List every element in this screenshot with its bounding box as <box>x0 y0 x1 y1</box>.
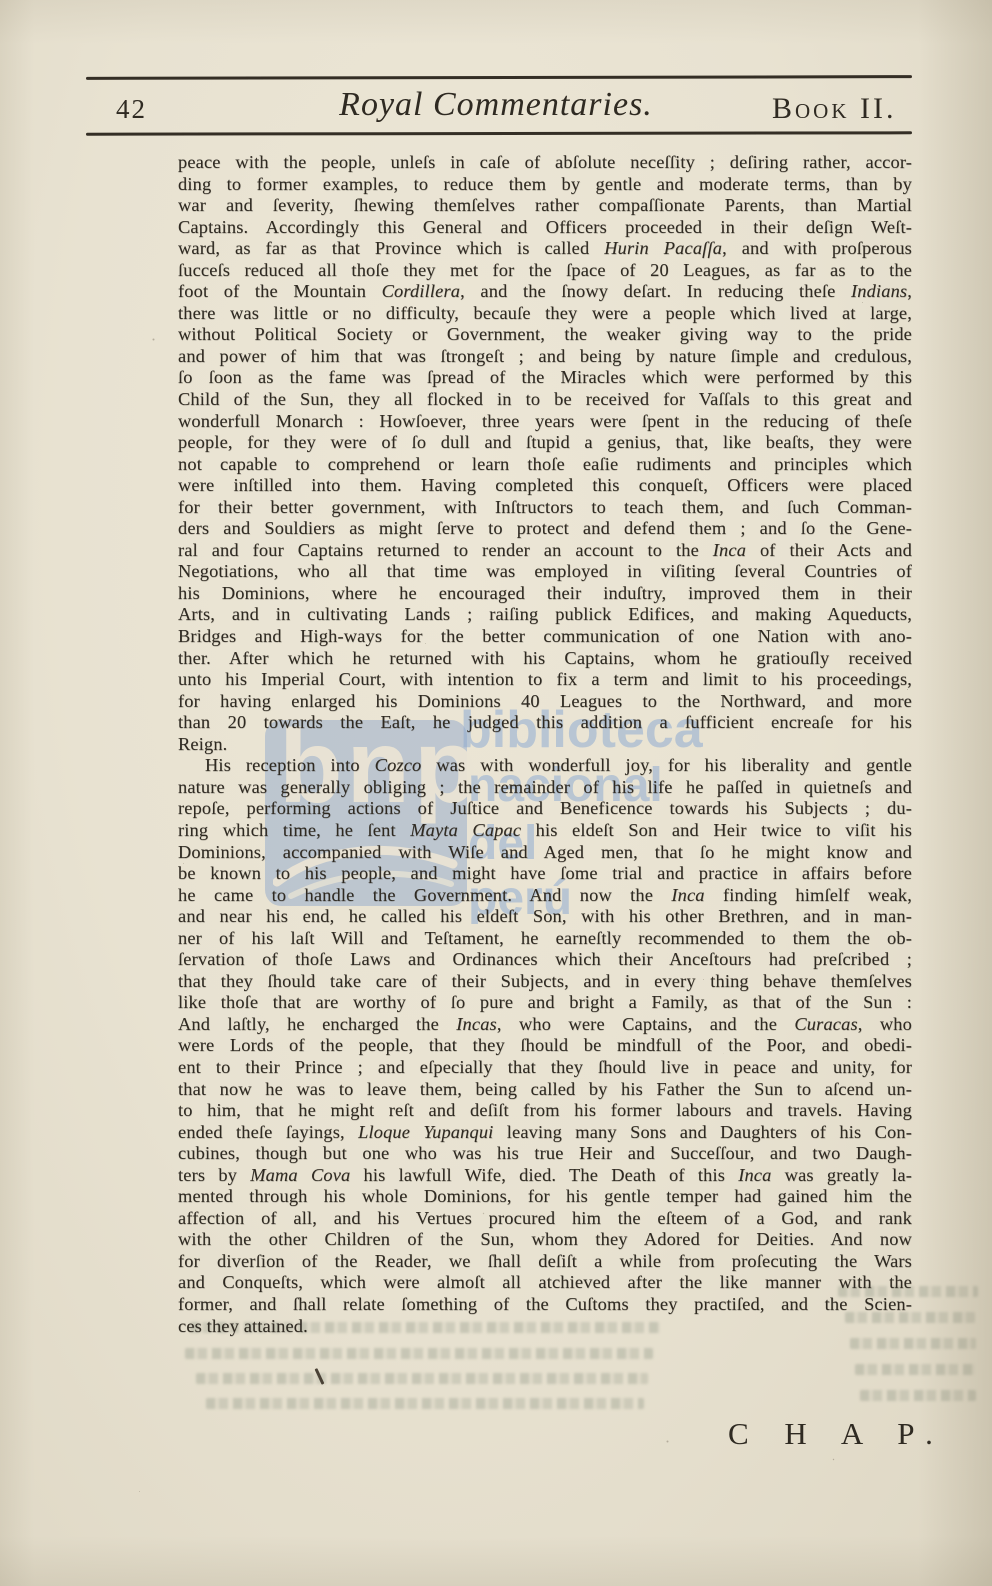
text-line: ward, as far as that Province which is c… <box>178 238 912 260</box>
text-line: wonderfull Monarch : Howſoever, three ye… <box>178 411 912 433</box>
text-line: ters by Mama Cova his lawfull Wife, died… <box>178 1165 912 1187</box>
text-line: former, and ſhall relate ſomething of th… <box>178 1294 912 1316</box>
text-line: there was little or no difficulty, becau… <box>178 303 912 325</box>
text-line: that they ſhould take care of their Subj… <box>178 971 912 993</box>
showthrough-line <box>850 1338 976 1349</box>
text-line: And laſtly, he encharged the Incas, who … <box>178 1014 912 1036</box>
showthrough-line <box>196 1373 648 1384</box>
text-line: affection of all, and his Vertues procur… <box>178 1208 912 1230</box>
text-line: ding to former examples, to reduce them … <box>178 174 912 196</box>
text-line: Dominions, accompanied with Wiſe and Age… <box>178 842 912 864</box>
showthrough-line <box>860 1390 976 1401</box>
text-line: ral and four Captains returned to render… <box>178 540 912 562</box>
showthrough-line <box>855 1364 975 1375</box>
text-line: ther. After which he returned with his C… <box>178 648 912 670</box>
text-line: than 20 towards the Eaſt, he judged this… <box>178 712 912 734</box>
text-line: ſo ſoon as the fame was ſpread of the Mi… <box>178 367 912 389</box>
text-line: without Political Society or Government,… <box>178 324 912 346</box>
text-line: not capable to comprehend or learn thoſe… <box>178 454 912 476</box>
text-line: nature was generally obliging ; the rema… <box>178 777 912 799</box>
text-line: for having enlarged his Dominions 40 Lea… <box>178 691 912 713</box>
text-line: were inſtilled into them. Having complet… <box>178 475 912 497</box>
text-line: ring which time, he ſent Mayta Capac his… <box>178 820 912 842</box>
text-line: foot of the Mountain Cordillera, and the… <box>178 281 912 303</box>
text-line: repoſe, performing actions of Juſtice an… <box>178 798 912 820</box>
text-line: unto his Imperial Court, with intention … <box>178 669 912 691</box>
text-line: ces they attained. <box>178 1316 912 1338</box>
text-line: Reign. <box>178 734 912 756</box>
text-line: and near his end, he called his eldeſt S… <box>178 906 912 928</box>
text-line: for their better government, with Inſtru… <box>178 497 912 519</box>
body-text: peace with the people, unleſs in caſe of… <box>178 152 912 1337</box>
text-line: Captains. Accordingly this General and O… <box>178 217 912 239</box>
scan-shading-top <box>0 0 992 44</box>
header-rule-bottom <box>86 131 912 135</box>
text-line: mented through his whole Dominions, for … <box>178 1186 912 1208</box>
book-label: Book II. <box>772 92 897 126</box>
text-line: for diverſion of the Reader, we ſhall de… <box>178 1251 912 1273</box>
text-line: ent to their Prince ; and eſpecially tha… <box>178 1057 912 1079</box>
text-line: Negotiations, who all that time was empl… <box>178 561 912 583</box>
text-line: ſervation of thoſe Laws and Ordinances w… <box>178 949 912 971</box>
showthrough-line <box>206 1398 644 1409</box>
scan-shading-left <box>0 0 34 1586</box>
text-line: His reception into Cozco was with wonder… <box>178 755 912 777</box>
text-line: and Conqueſts, which were almoſt all atc… <box>178 1272 912 1294</box>
text-line: like thoſe that are worthy of ſo pure an… <box>178 992 912 1014</box>
text-line: Bridges and High-ways for the better com… <box>178 626 912 648</box>
text-line: ders and Souldiers as might ſerve to pro… <box>178 518 912 540</box>
text-line: and power of him that was ſtrongeſt ; an… <box>178 346 912 368</box>
paper-specks <box>0 0 3 3</box>
text-line: his Dominions, where he encouraged their… <box>178 583 912 605</box>
header-rule-top <box>86 75 912 79</box>
text-line: Arts, and in cultivating Lands ; raiſing… <box>178 604 912 626</box>
text-line: he came to handle the Government. And no… <box>178 885 912 907</box>
text-line: ſucceſs reduced all thoſe they met for t… <box>178 260 912 282</box>
text-line: cubines, though but one who was his true… <box>178 1143 912 1165</box>
catchword: C H A P. <box>728 1416 947 1452</box>
text-line: were Lords of the people, that they ſhou… <box>178 1035 912 1057</box>
text-line: to him, that he might reſt and deſiſt fr… <box>178 1100 912 1122</box>
text-line: that now he was to leave them, being cal… <box>178 1079 912 1101</box>
text-line: with the other Children of the Sun, whom… <box>178 1229 912 1251</box>
text-line: war and ſeverity, ſhewing themſelves rat… <box>178 195 912 217</box>
scan-shading-bottom <box>0 1536 992 1586</box>
text-line: ended theſe ſayings, Lloque Yupanqui lea… <box>178 1122 912 1144</box>
showthrough-line <box>185 1348 653 1359</box>
text-line: ner of his laſt Will and Teſtament, he e… <box>178 928 912 950</box>
text-line: be known to his people, and might have ſ… <box>178 863 912 885</box>
text-line: people, for they were of ſo dull and ſtu… <box>178 432 912 454</box>
book-page-scan: bnp biblioteca nacional del perú 42 Roya… <box>0 0 992 1586</box>
text-line: peace with the people, unleſs in caſe of… <box>178 152 912 174</box>
text-line: Child of the Sun, they all flocked in to… <box>178 389 912 411</box>
